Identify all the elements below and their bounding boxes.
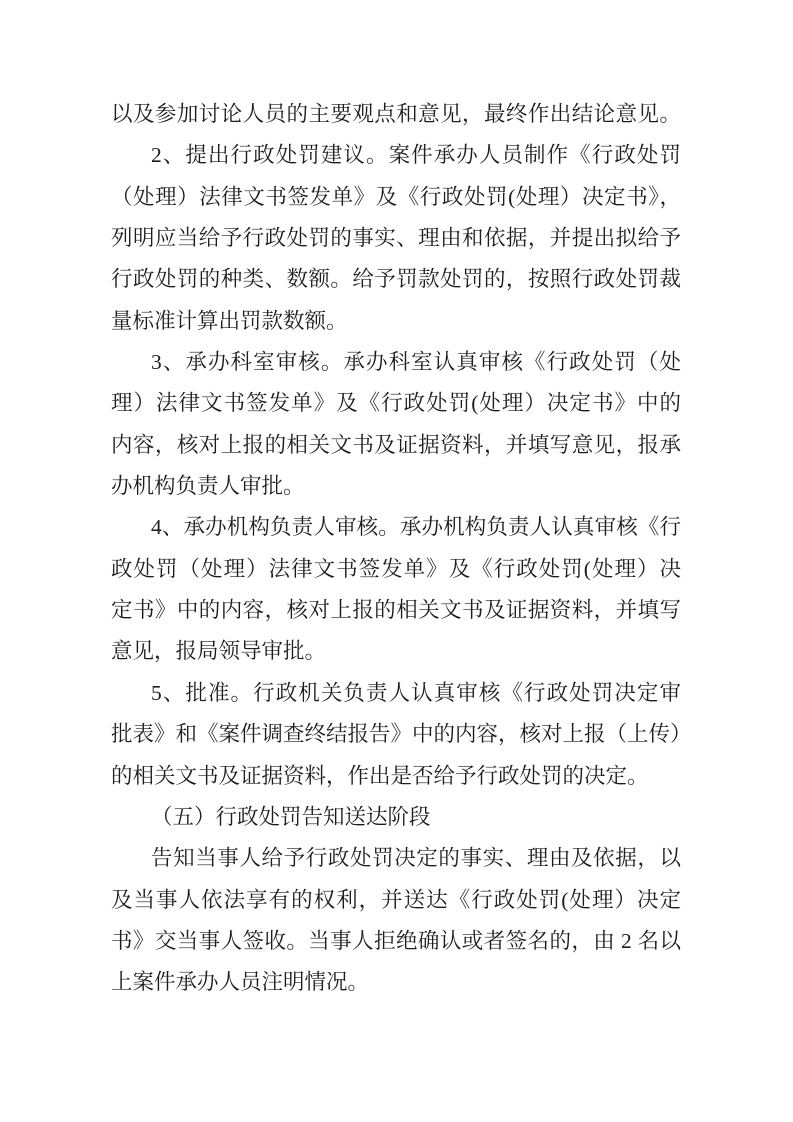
text-line: 办机构负责人审批。 <box>111 466 681 507</box>
text-line: 2、提出行政处罚建议。案件承办人员制作《行政处罚 <box>111 135 681 176</box>
text-line: 批表》和《案件调查终结报告》中的内容，核对上报（上传） <box>111 714 681 755</box>
text-line: 理）法律文书签发单》及《行政处罚(处理）决定书》中的 <box>111 383 681 424</box>
text-line: 告知当事人给予行政处罚决定的事实、理由及依据，以 <box>111 838 681 879</box>
text-line: （五）行政处罚告知送达阶段 <box>111 797 681 838</box>
text-line: 及当事人依法享有的权利，并送达《行政处罚(处理）决定 <box>111 880 681 921</box>
text-line: 4、承办机构负责人审核。承办机构负责人认真审核《行 <box>111 507 681 548</box>
text-line: 的相关文书及证据资料，作出是否给予行政处罚的决定。 <box>111 756 681 797</box>
text-line: （处理）法律文书签发单》及《行政处罚(处理）决定书》， <box>111 177 681 218</box>
text-line: 政处罚（处理）法律文书签发单》及《行政处罚(处理）决 <box>111 549 681 590</box>
text-line: 5、批准。行政机关负责人认真审核《行政处罚决定审 <box>111 673 681 714</box>
text-line: 行政处罚的种类、数额。给予罚款处罚的，按照行政处罚裁 <box>111 259 681 300</box>
text-line: 3、承办科室审核。承办科室认真审核《行政处罚（处 <box>111 342 681 383</box>
text-block: 以及参加讨论人员的主要观点和意见，最终作出结论意见。 2、提出行政处罚建议。案件… <box>111 94 681 1004</box>
text-line: 量标准计算出罚款数额。 <box>111 301 681 342</box>
text-line: 上案件承办人员注明情况。 <box>111 962 681 1003</box>
document-page: 以及参加讨论人员的主要观点和意见，最终作出结论意见。 2、提出行政处罚建议。案件… <box>0 0 793 1122</box>
text-line: 列明应当给予行政处罚的事实、理由和依据，并提出拟给予 <box>111 218 681 259</box>
text-line: 定书》中的内容，核对上报的相关文书及证据资料，并填写 <box>111 590 681 631</box>
text-line: 以及参加讨论人员的主要观点和意见，最终作出结论意见。 <box>111 94 681 135</box>
text-line: 内容，核对上报的相关文书及证据资料，并填写意见，报承 <box>111 425 681 466</box>
text-line: 意见，报局领导审批。 <box>111 631 681 672</box>
text-line: 书》交当事人签收。当事人拒绝确认或者签名的，由 2 名以 <box>111 921 681 962</box>
